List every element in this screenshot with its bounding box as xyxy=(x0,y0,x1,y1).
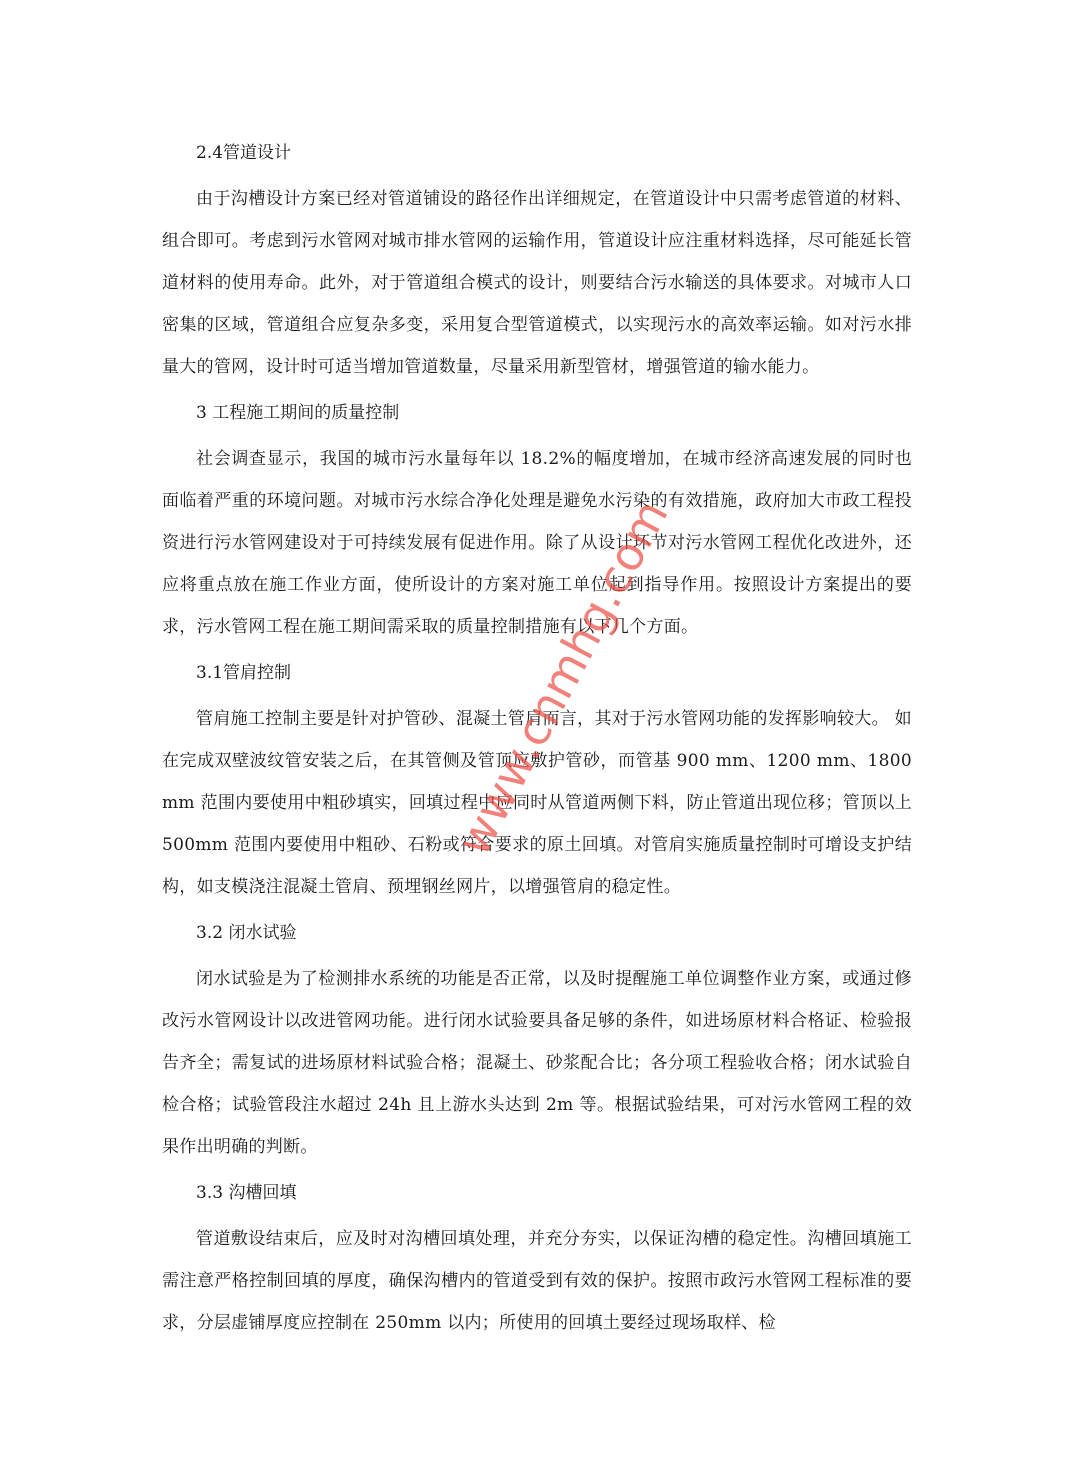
section-heading: 3.3 沟槽回填 xyxy=(162,1176,912,1210)
section-heading: 3.1管肩控制 xyxy=(162,656,912,690)
section-3-2-closed-water-test: 3.2 闭水试验 闭水试验是为了检测排水系统的功能是否正常，以及时提醒施工单位调… xyxy=(162,916,912,1168)
section-3-quality-control: 3 工程施工期间的质量控制 社会调查显示，我国的城市污水量每年以 18.2%的幅… xyxy=(162,396,912,648)
section-3-1-pipe-shoulder-control: 3.1管肩控制 管肩施工控制主要是针对护管砂、混凝土管肩而言，其对于污水管网功能… xyxy=(162,656,912,908)
paragraph: 闭水试验是为了检测排水系统的功能是否正常，以及时提醒施工单位调整作业方案，或通过… xyxy=(162,958,912,1168)
section-heading: 3 工程施工期间的质量控制 xyxy=(162,396,912,430)
section-heading: 2.4管道设计 xyxy=(162,136,912,170)
section-2-4-pipe-design: 2.4管道设计 由于沟槽设计方案已经对管道铺设的路径作出详细规定，在管道设计中只… xyxy=(162,136,912,388)
document-page: 2.4管道设计 由于沟槽设计方案已经对管道铺设的路径作出详细规定，在管道设计中只… xyxy=(162,136,912,1352)
section-heading: 3.2 闭水试验 xyxy=(162,916,912,950)
paragraph: 管道敷设结束后，应及时对沟槽回填处理，并充分夯实，以保证沟槽的稳定性。沟槽回填施… xyxy=(162,1218,912,1344)
paragraph: 管肩施工控制主要是针对护管砂、混凝土管肩而言，其对于污水管网功能的发挥影响较大。… xyxy=(162,698,912,908)
paragraph: 社会调查显示，我国的城市污水量每年以 18.2%的幅度增加，在城市经济高速发展的… xyxy=(162,438,912,648)
section-3-3-trench-backfill: 3.3 沟槽回填 管道敷设结束后，应及时对沟槽回填处理，并充分夯实，以保证沟槽的… xyxy=(162,1176,912,1344)
paragraph: 由于沟槽设计方案已经对管道铺设的路径作出详细规定，在管道设计中只需考虑管道的材料… xyxy=(162,178,912,388)
